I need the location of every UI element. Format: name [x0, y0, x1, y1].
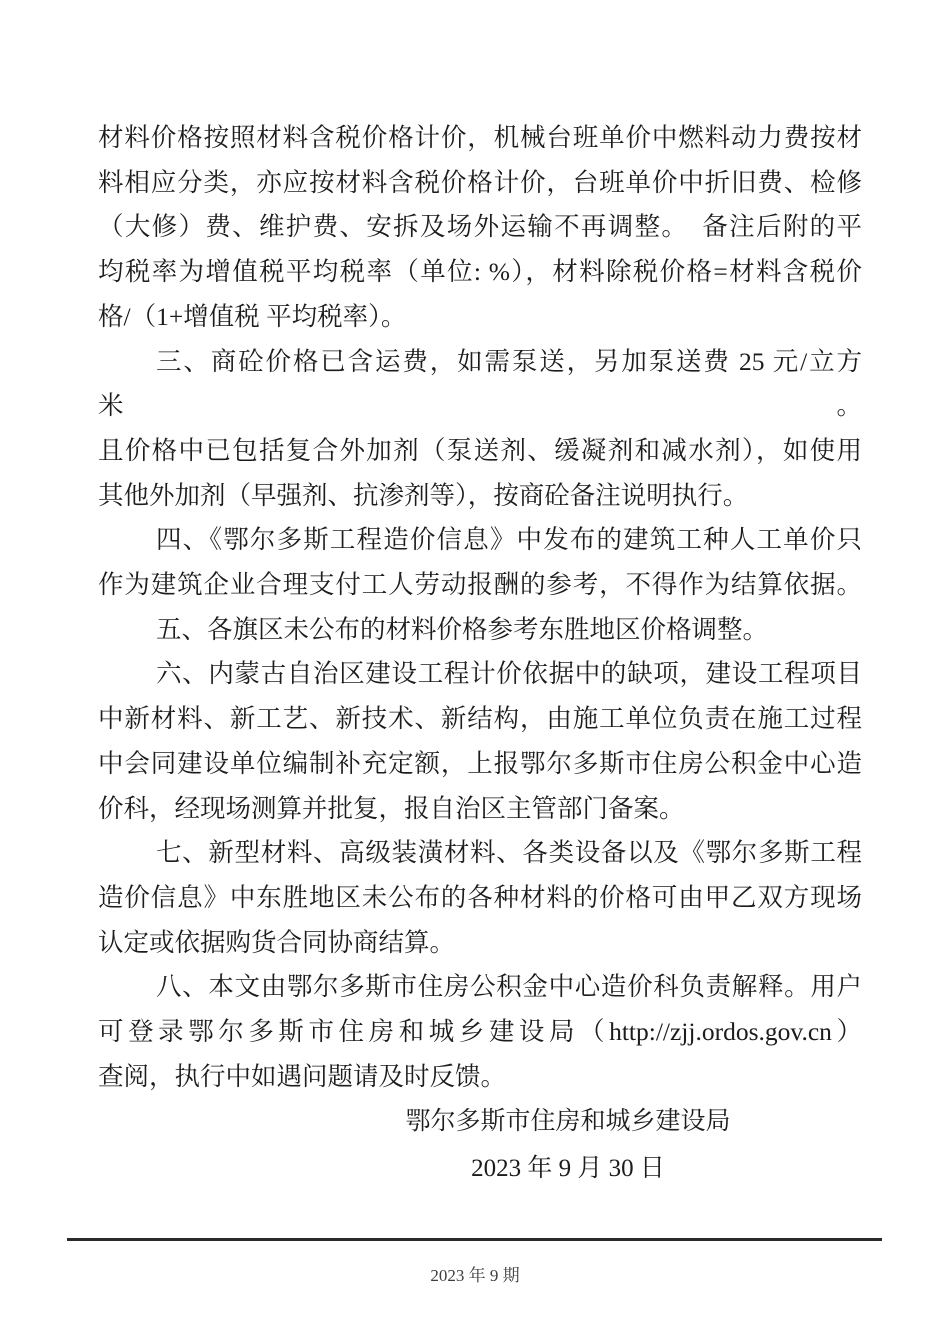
text-line: 七、新型材料、高级装潢材料、各类设备以及《鄂尔多斯工程 [98, 831, 862, 876]
text-line: 八、本文由鄂尔多斯市住房公积金中心造价科负责解释。用户 [98, 965, 862, 1010]
document-page: 材料价格按照材料含税价格计价，机械台班单价中燃料动力费按材料相应分类，亦应按材料… [0, 0, 950, 1344]
text-line: 认定或依据购货合同协商结算。 [98, 921, 862, 966]
text-line: 料相应分类，亦应按材料含税价格计价，台班单价中折旧费、检修 [98, 161, 862, 206]
text-line: （大修）费、维护费、安拆及场外运输不再调整。 备注后附的平 [98, 205, 862, 250]
text-line: 六、内蒙古自治区建设工程计价依据中的缺项，建设工程项目 [98, 652, 862, 697]
text-line: 格/（1+增值税 平均税率）。 [98, 295, 862, 340]
footer-divider [67, 1238, 882, 1241]
text-line: 四、《鄂尔多斯工程造价信息》中发布的建筑工种人工单价只 [98, 518, 862, 563]
text-line: 中会同建设单位编制补充定额，上报鄂尔多斯市住房公积金中心造 [98, 742, 862, 787]
text-line: 均税率为增值税平均税率（单位: %），材料除税价格=材料含税价 [98, 250, 862, 295]
document-body: 材料价格按照材料含税价格计价，机械台班单价中燃料动力费按材料相应分类，亦应按材料… [98, 116, 862, 1099]
text-line: 造价信息》中东胜地区未公布的各种材料的价格可由甲乙双方现场 [98, 876, 862, 921]
signature-organization: 鄂尔多斯市住房和城乡建设局 [186, 1098, 950, 1145]
footer-issue-label: 2023 年 9 期 [0, 1263, 950, 1289]
signature-block: 鄂尔多斯市住房和城乡建设局 2023 年 9 月 30 日 [186, 1098, 950, 1192]
text-line: 五、各旗区未公布的材料价格参考东胜地区价格调整。 [98, 608, 862, 653]
text-line: 三、商砼价格已含运费，如需泵送，另加泵送费 25 元/立方米。 [98, 340, 862, 429]
signature-date: 2023 年 9 月 30 日 [186, 1145, 950, 1192]
text-line: 可登录鄂尔多斯市住房和城乡建设局（http://zjj.ordos.gov.cn… [98, 1010, 862, 1055]
text-line: 查阅，执行中如遇问题请及时反馈。 [98, 1055, 862, 1100]
text-line: 材料价格按照材料含税价格计价，机械台班单价中燃料动力费按材 [98, 116, 862, 161]
text-line: 作为建筑企业合理支付工人劳动报酬的参考，不得作为结算依据。 [98, 563, 862, 608]
text-line: 其他外加剂（早强剂、抗渗剂等），按商砼备注说明执行。 [98, 474, 862, 519]
text-line: 且价格中已包括复合外加剂（泵送剂、缓凝剂和减水剂），如使用 [98, 429, 862, 474]
text-line: 中新材料、新工艺、新技术、新结构，由施工单位负责在施工过程 [98, 697, 862, 742]
text-line: 价科，经现场测算并批复，报自治区主管部门备案。 [98, 787, 862, 832]
